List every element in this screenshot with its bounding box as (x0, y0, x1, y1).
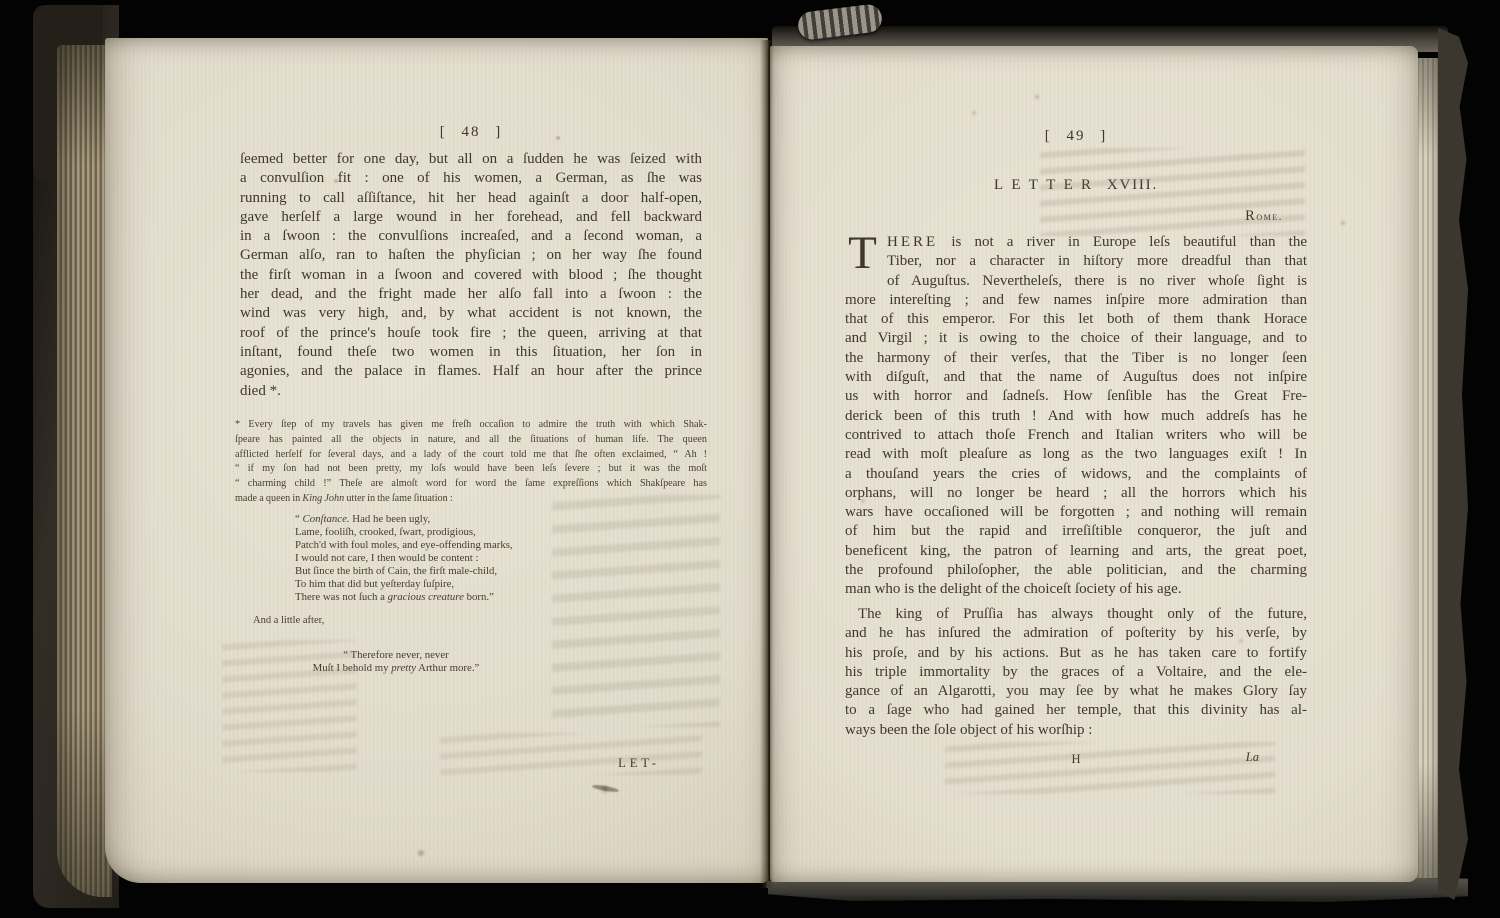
text-line: afflicted herſelf for ſeveral days, and … (235, 448, 707, 463)
footnote-text: utter in the ſame ſituation : (344, 493, 453, 504)
verse-line: Muſt I behold my pretty Arthur more.” (240, 662, 552, 675)
letter-paragraph-1: T HERE is not a river in Europe leſs bea… (845, 233, 1307, 600)
page-48-footnote: * Every ſtep of my travels has given me … (235, 418, 707, 507)
text-line: to a ſage who had gained her temple, tha… (845, 701, 1307, 720)
text-line: running to call aſſiſtance, hit her head… (240, 189, 702, 208)
verse-text: There was not ſuch a (295, 591, 388, 603)
text-line: his triple immortality by the graces of … (845, 663, 1307, 682)
shakespeare-quotation: “ Conſtance. Had he been ugly, Lame, foo… (295, 513, 625, 604)
text-line: HERE is not a river in Europe leſs beaut… (887, 233, 1307, 252)
page-48-number: [ 48 ] (240, 124, 702, 141)
verse-line: “ Conſtance. Had he been ugly, (295, 513, 625, 526)
verse-line: There was not ſuch a gracious creature b… (295, 591, 625, 604)
catchword: La (845, 750, 1259, 765)
letter-heading: LETTERXVIII. (845, 177, 1307, 194)
text-line: the harmony of their verſes, that the Ti… (845, 349, 1307, 368)
footnote-lines: * Every ſtep of my travels has given me … (235, 418, 707, 492)
text-line: German alſo, ran to haſten the phyſician… (240, 246, 702, 265)
body-text: is not a river in Europe leſs beautiful … (938, 234, 1307, 250)
verse-line: Lame, fooliſh, crooked, ſwart, prodigiou… (295, 526, 625, 539)
right-book-cover (1438, 28, 1468, 900)
page-49: [ 49 ] LETTERXVIII. Rome. T HERE is not … (770, 46, 1418, 882)
quote-mark: “ (295, 513, 303, 525)
text-line: and Virgil ; it is owing to the choice o… (845, 329, 1307, 348)
verse-line: To him that did but yeſterday ſuſpire, (295, 578, 625, 591)
second-quotation: “ Therefore never, never Muſt I behold m… (240, 649, 552, 675)
text-line: ſpeare has painted all the objects in na… (235, 433, 707, 448)
text-line: a thouſand years the cries of widows, an… (845, 465, 1307, 484)
place-line: Rome. (845, 208, 1283, 225)
text-line: man who is the delight of the choiceſt ſ… (845, 580, 1307, 599)
text-line: derick been of this truth ! And with how… (845, 407, 1307, 426)
text-line: contrived to attach thoſe French and Ita… (845, 426, 1307, 445)
letter-heading-word: LETTER (994, 177, 1099, 193)
text-line: read with moſt pleaſure as long as the t… (845, 445, 1307, 464)
text-line: the firſt woman in a ſwoon and covered w… (240, 266, 702, 285)
verse-text: Had he been ugly, (350, 513, 431, 525)
text-line: ways been the ſole object of his worſhip… (845, 721, 1307, 740)
paragraph-1-lines: Tiber, nor a character in hiſtory more d… (845, 252, 1307, 580)
page-49-number: [ 49 ] (845, 128, 1307, 145)
verse-line: Patch'd with foul moles, and eye-offendi… (295, 539, 625, 552)
verse-italic: gracious creature (388, 591, 464, 603)
text-line: the profound philoſopher, the able polit… (845, 561, 1307, 580)
text-line: that of this emperor. For this let both … (845, 310, 1307, 329)
text-line: Tiber, nor a character in hiſtory more d… (887, 252, 1307, 271)
book-photograph: [ 48 ] ſeemed better for one day, but al… (0, 0, 1500, 918)
text-line: a convulſion fit : one of his women, a G… (240, 169, 702, 188)
first-word-caps: HERE (887, 234, 938, 250)
text-line: * Every ſtep of my travels has given me … (235, 418, 707, 433)
text-line: “ charming child !” Theſe are almoſt wor… (235, 477, 707, 492)
page-48: [ 48 ] ſeemed better for one day, but al… (105, 38, 768, 883)
verse-text: Muſt I behold my (313, 662, 392, 674)
verse-lines: Lame, fooliſh, crooked, ſwart, prodigiou… (295, 526, 625, 591)
text-line: wind was very high, and, by what acciden… (240, 304, 702, 323)
left-page-fore-edge (57, 45, 112, 897)
verse-line: I would not care, I then would be conten… (295, 552, 625, 565)
page-48-body: ſeemed better for one day, but all on a … (240, 150, 702, 401)
text-line: roof of the prince's houſe took fire ; t… (240, 324, 702, 343)
book-gutter (760, 40, 774, 888)
text-line: inſtant, found theſe two women in this ſ… (240, 343, 702, 362)
text-line: made a queen in King John utter in the ſ… (235, 492, 707, 507)
text-line: beneficent king, the patron of learning … (845, 542, 1307, 561)
paragraph-2-lines: and he has inſured the admiration of poſ… (845, 624, 1307, 720)
letter-paragraph-2: The king of Pruſſia has always thought o… (845, 605, 1307, 740)
text-line: gance of an Algarotti, you may ſee by wh… (845, 682, 1307, 701)
text-line: died *. (240, 382, 702, 401)
text-line: The king of Pruſſia has always thought o… (845, 605, 1307, 624)
text-line: us with horror and ſadneſs. How ſenſible… (845, 387, 1307, 406)
verse-line: But ſince the birth of Cain, the firſt m… (295, 565, 625, 578)
text-line: of him but the rapid and irreſiſtible co… (845, 522, 1307, 541)
foxing-specks (0, 0, 2, 2)
footnote-text: made a queen in (235, 493, 302, 504)
text-line: his proſe, and by his actions. But as he… (845, 644, 1307, 663)
aside-text: And a little after, (253, 615, 324, 626)
footnote-italic: King John (302, 493, 344, 504)
verse-text: born.” (464, 591, 494, 603)
page-48-body-lines: ſeemed better for one day, but all on a … (240, 150, 702, 382)
letter-heading-numeral: XVIII. (1107, 177, 1158, 193)
text-line: and he has inſured the admiration of poſ… (845, 624, 1307, 643)
verse-line: “ Therefore never, never (240, 649, 552, 662)
text-line: ſeemed better for one day, but all on a … (240, 150, 702, 169)
text-line: in a ſwoon : the convulſions increaſed, … (240, 227, 702, 246)
text-line: her dead, and the fright made her alſo f… (240, 285, 702, 304)
verse-text: Arthur more.” (416, 662, 479, 674)
text-line: wars have occaſioned will be forgotten ;… (845, 503, 1307, 522)
drop-cap: T (845, 234, 880, 273)
text-line: “ if my ſon had not been pretty, my loſs… (235, 462, 707, 477)
text-line: agonies, and the palace in flames. Half … (240, 362, 702, 381)
speaker-name: Conſtance. (303, 513, 350, 525)
text-line: more intereſting ; and few names inſpire… (845, 291, 1307, 310)
verse-italic: pretty (391, 662, 416, 674)
text-line: orphans, will no longer be heard ; all t… (845, 484, 1307, 503)
text-line: with diſguſt, and that the name of Auguſ… (845, 368, 1307, 387)
catchword: LET- (570, 756, 660, 771)
text-line: of Auguſtus. Nevertheleſs, there is no r… (887, 272, 1307, 291)
text-line: gave herſelf a large wound in her forehe… (240, 208, 702, 227)
